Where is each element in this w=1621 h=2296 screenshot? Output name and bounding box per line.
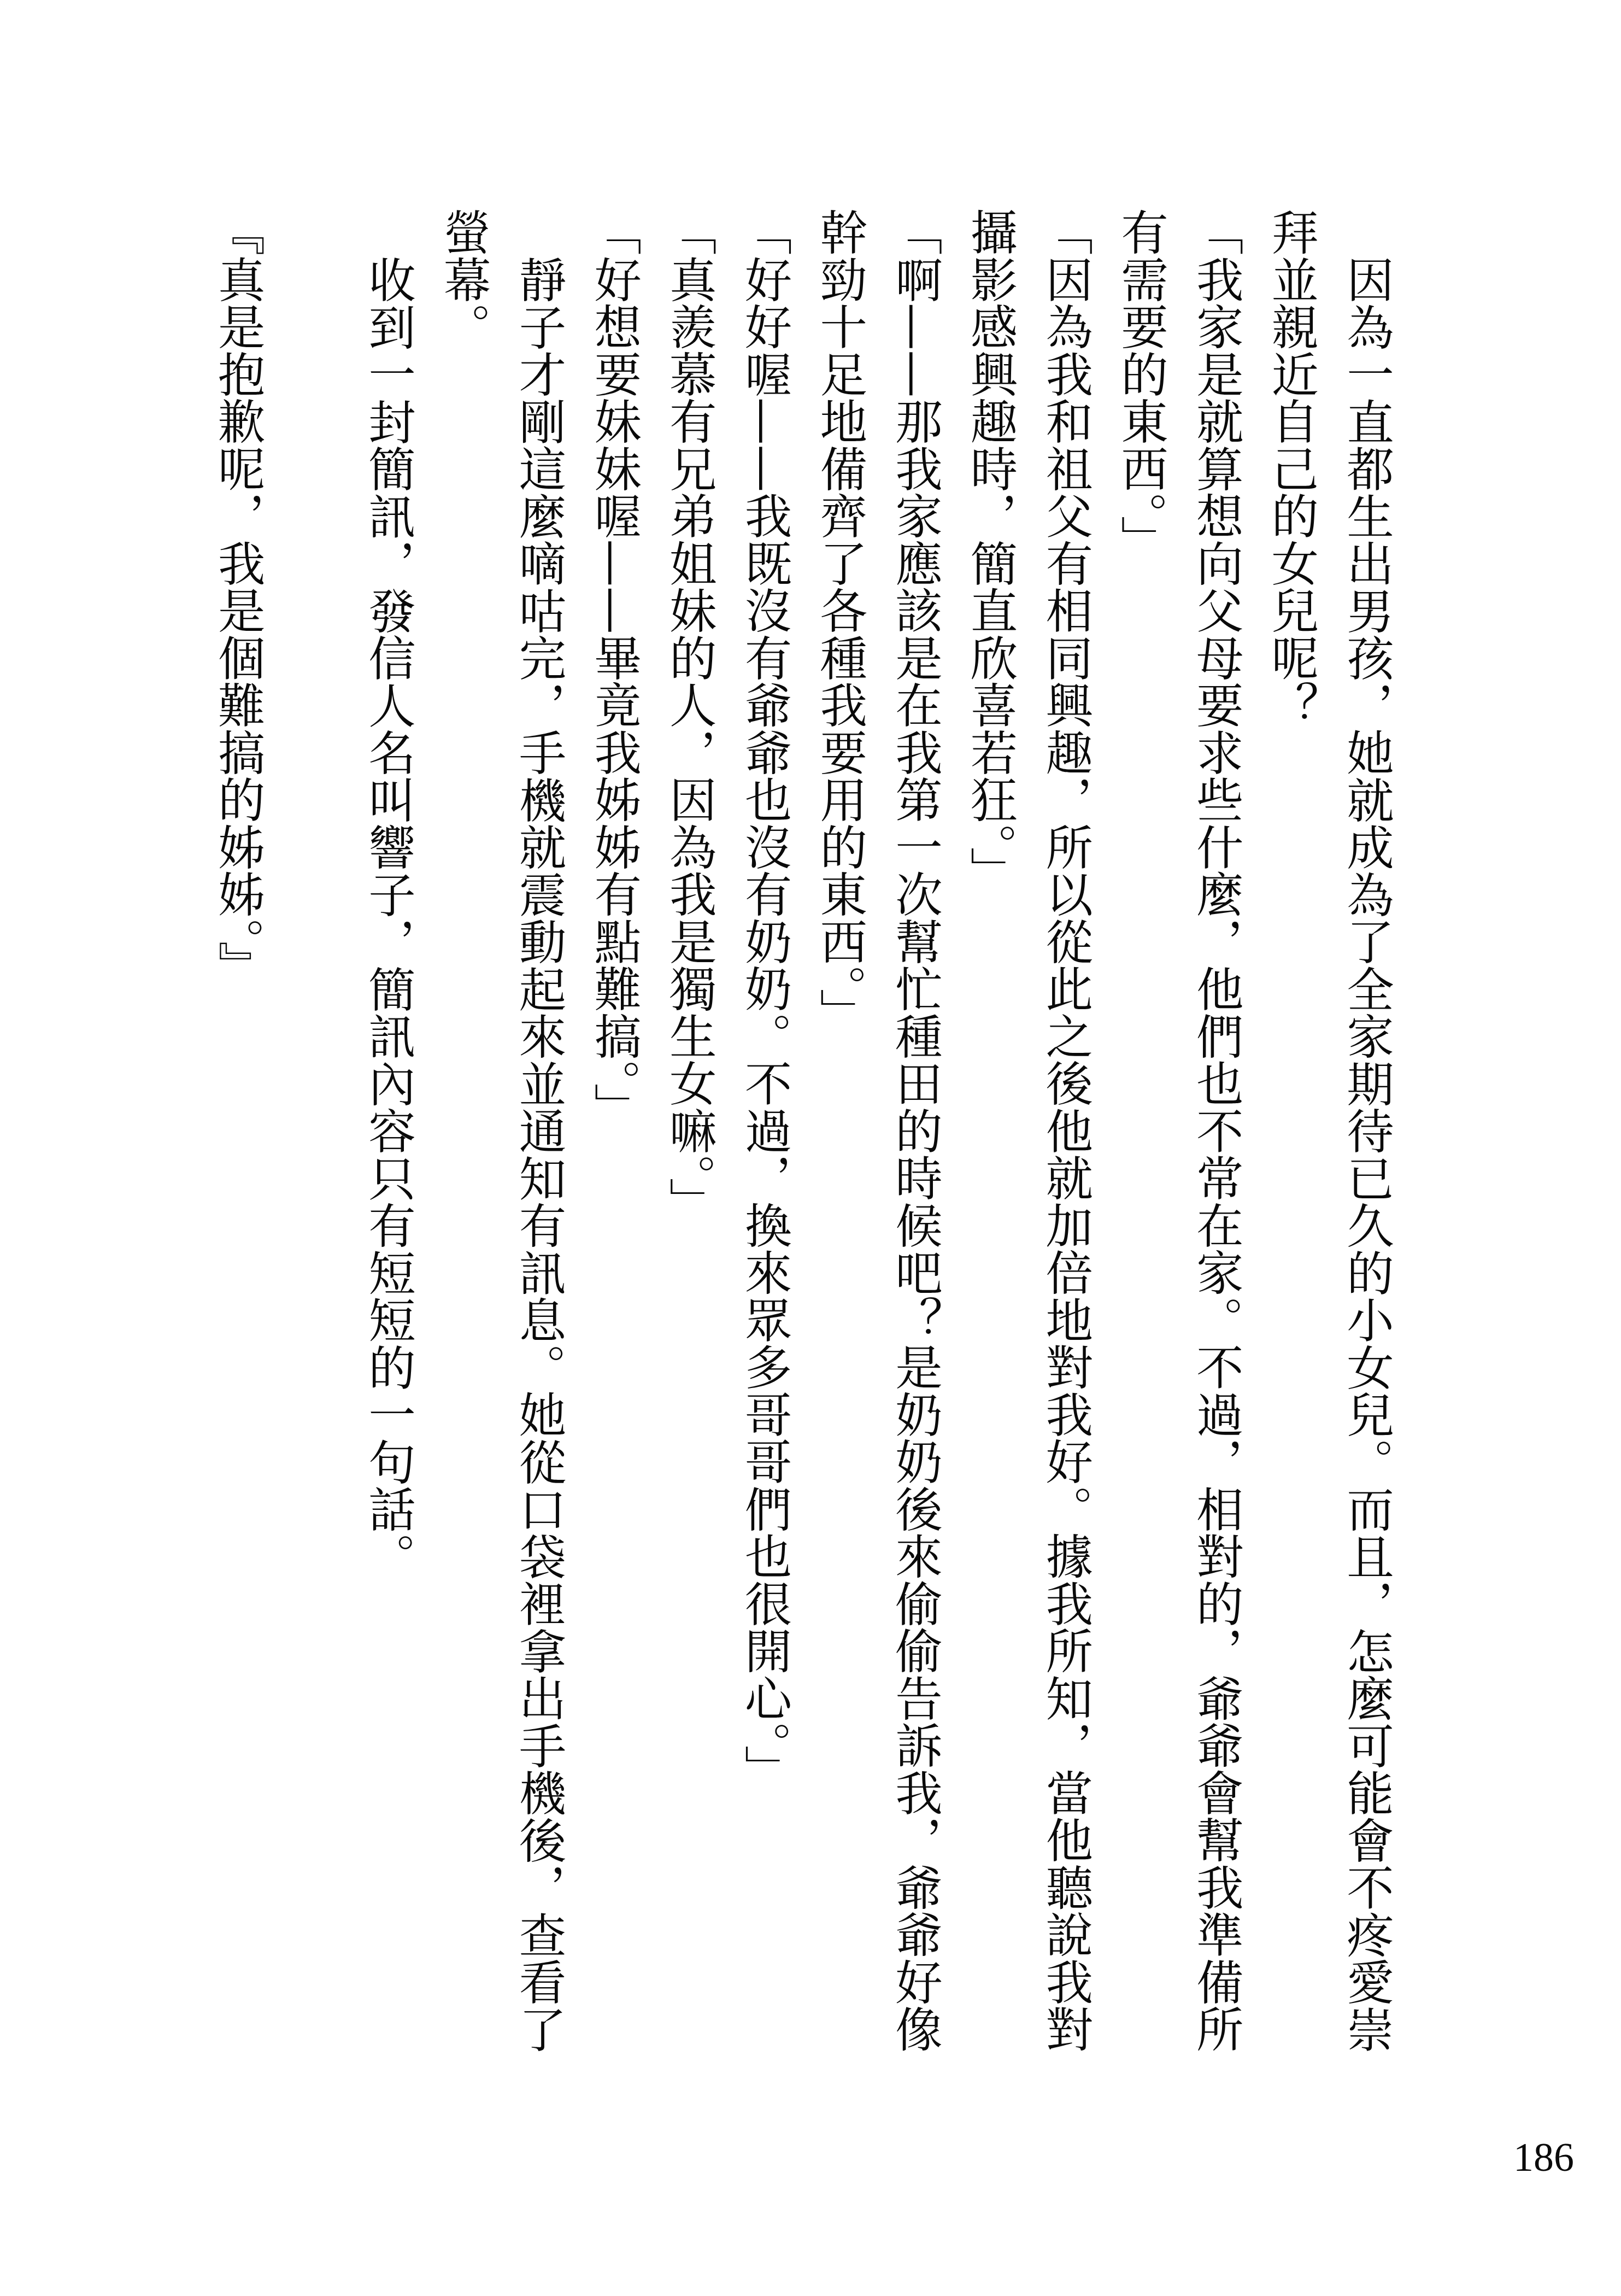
vertical-text-body: 因為一直都生出男孩，她就成為了全家期待已久的小女兒。而且，怎麼可能會不疼愛崇 拜…	[199, 208, 1403, 2054]
paragraph-narration: 收到一封簡訊，發信人名叫響子，簡訊內容只有短短的一句話。	[349, 208, 425, 2054]
page-number: 186	[1513, 2137, 1574, 2178]
paragraph-dialogue: 「因為我和祖父有相同興趣，所以從此之後他就加倍地對我好。據我所知，當他聽說我對 …	[952, 208, 1102, 2054]
text-column: 靜子才剛這麼嘀咕完，手機就震動起來並通知有訊息。她從口袋裡拿出手機後，查看了	[500, 208, 575, 2054]
text-column: 「好好喔——我既沒有爺爺也沒有奶奶。不過，換來眾多哥哥們也很開心。」	[726, 208, 801, 2054]
paragraph-narration: 靜子才剛這麼嘀咕完，手機就震動起來並通知有訊息。她從口袋裡拿出手機後，查看了 螢…	[425, 208, 575, 2054]
text-column: 拜並親近自己的女兒呢？	[1253, 208, 1328, 2054]
text-column: 『真是抱歉呢，我是個難搞的姊姊。』	[199, 208, 274, 2054]
text-column: 收到一封簡訊，發信人名叫響子，簡訊內容只有短短的一句話。	[349, 208, 425, 2054]
book-page: 因為一直都生出男孩，她就成為了全家期待已久的小女兒。而且，怎麼可能會不疼愛崇 拜…	[0, 0, 1621, 2296]
text-column: 因為一直都生出男孩，她就成為了全家期待已久的小女兒。而且，怎麼可能會不疼愛崇	[1328, 208, 1403, 2054]
paragraph-dialogue: 「真羨慕有兄弟姐妹的人，因為我是獨生女嘛。」	[650, 208, 726, 2054]
paragraph-dialogue: 「我家是就算想向父母要求些什麼，他們也不常在家。不過，相對的，爺爺會幫我準備所 …	[1102, 208, 1252, 2054]
text-column: 「好想要妹妹喔——畢竟我姊姊有點難搞。」	[575, 208, 650, 2054]
text-column: 攝影感興趣時，簡直欣喜若狂。」	[952, 208, 1027, 2054]
text-column: 螢幕。	[425, 208, 500, 2054]
paragraph-narration: 因為一直都生出男孩，她就成為了全家期待已久的小女兒。而且，怎麼可能會不疼愛崇 拜…	[1253, 208, 1403, 2054]
text-column: 「因為我和祖父有相同興趣，所以從此之後他就加倍地對我好。據我所知，當他聽說我對	[1027, 208, 1102, 2054]
text-column: 有需要的東西。」	[1102, 208, 1177, 2054]
paragraph-text-message: 『真是抱歉呢，我是個難搞的姊姊。』	[199, 208, 274, 2054]
text-column: 「真羨慕有兄弟姐妹的人，因為我是獨生女嘛。」	[650, 208, 726, 2054]
text-column: 「我家是就算想向父母要求些什麼，他們也不常在家。不過，相對的，爺爺會幫我準備所	[1177, 208, 1253, 2054]
text-column: 「啊——那我家應該是在我第一次幫忙種田的時候吧？是奶奶後來偷偷告訴我，爺爺好像	[876, 208, 952, 2054]
blank-line	[274, 208, 350, 2054]
paragraph-dialogue: 「好想要妹妹喔——畢竟我姊姊有點難搞。」	[575, 208, 650, 2054]
paragraph-dialogue: 「好好喔——我既沒有爺爺也沒有奶奶。不過，換來眾多哥哥們也很開心。」	[726, 208, 801, 2054]
paragraph-dialogue: 「啊——那我家應該是在我第一次幫忙種田的時候吧？是奶奶後來偷偷告訴我，爺爺好像 …	[801, 208, 952, 2054]
text-column: 幹勁十足地備齊了各種我要用的東西。」	[801, 208, 877, 2054]
